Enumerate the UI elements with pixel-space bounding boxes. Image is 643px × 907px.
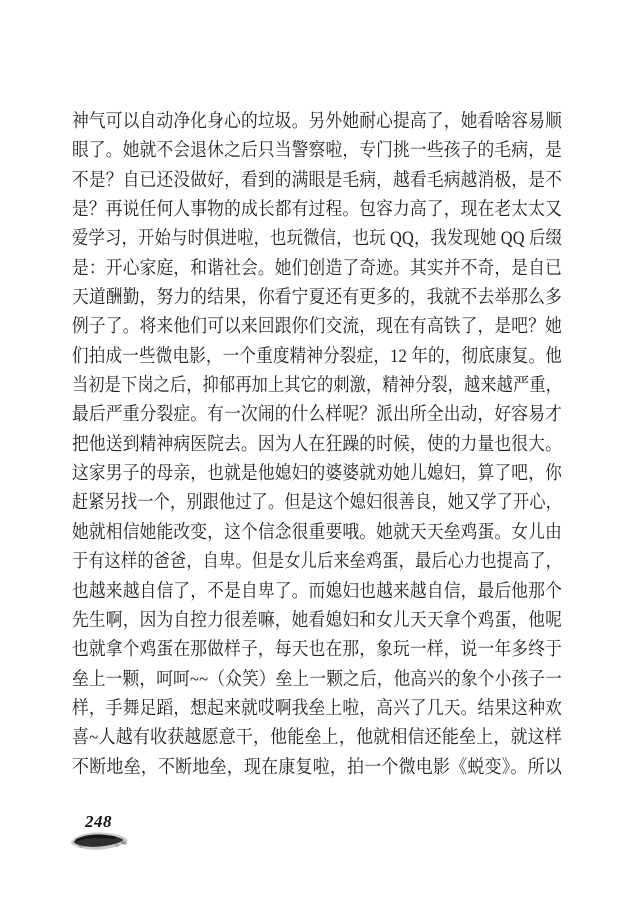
text-line-content: 当初是下岗之后，抑郁再加上其它的刺激，精神分裂，越来越严重，: [72, 371, 562, 400]
text-line: 天道酬勤，努力的结果，你看宁夏还有更多的，我就不去举那么多: [72, 283, 562, 312]
text-line-content: 爱学习，开始与时俱进啦，也玩微信，也玩 QQ，我发现她 QQ 后缀: [72, 224, 562, 253]
text-line-content: 不断地垒，不断地垒，现在康复啦，拍一个微电影《蜕变》。所以: [72, 753, 562, 782]
text-line: 神气可以自动净化身心的垃圾。另外她耐心提高了，她看啥容易顺: [72, 107, 562, 136]
text-line-content: 不是？自已还没做好，看到的满眼是毛病，越看毛病越消极，是不: [72, 166, 562, 195]
text-line-content: 喜~人越有收获越愿意干，他能垒上，他就相信还能垒上，就这样: [72, 723, 562, 752]
text-line: 垒上一颗，呵呵~~（众笑）垒上一颗之后，他高兴的象个小孩子一: [72, 665, 562, 694]
text-line-content: 垒上一颗，呵呵~~（众笑）垒上一颗之后，他高兴的象个小孩子一: [72, 665, 562, 694]
text-line: 是？再说任何人事物的成长都有过程。包容力高了，现在老太太又: [72, 195, 562, 224]
text-line-content: 她就相信她能改变，这个信念很重要哦。她就天天垒鸡蛋。女儿由: [72, 518, 562, 547]
text-line-content: 这家男子的母亲，也就是他媳妇的婆婆就劝她儿媳妇，算了吧，你: [72, 459, 562, 488]
text-line: 把他送到精神病医院去。因为人在狂躁的时候，使的力量也很大。: [72, 430, 562, 459]
text-line-content: 们拍成一些微电影，一个重度精神分裂症，12 年的，彻底康复。他: [72, 342, 562, 371]
text-line-content: 先生啊，因为自控力很差嘛，她看媳妇和女儿天天拿个鸡蛋，他呢: [72, 606, 562, 635]
text-line: 于有这样的爸爸，自卑。但是女儿后来垒鸡蛋，最后心力也提高了，: [72, 547, 562, 576]
text-line: 例子了。将来他们可以来回跟你们交流，现在有高铁了，是吧？她: [72, 312, 562, 341]
text-line: 当初是下岗之后，抑郁再加上其它的刺激，精神分裂，越来越严重，: [72, 371, 562, 400]
text-line-content: 也越来越自信了，不是自卑了。而媳妇也越来越自信，最后他那个: [72, 577, 562, 606]
text-line: 样，手舞足蹈，想起来就哎啊我垒上啦，高兴了几天。结果这种欢: [72, 694, 562, 723]
text-line: 也就拿个鸡蛋在那做样子，每天也在那，象玩一样，说一年多终于: [72, 635, 562, 664]
text-line-content: 是？再说任何人事物的成长都有过程。包容力高了，现在老太太又: [72, 195, 562, 224]
text-line-content: 神气可以自动净化身心的垃圾。另外她耐心提高了，她看啥容易顺: [72, 107, 562, 136]
text-line: 们拍成一些微电影，一个重度精神分裂症，12 年的，彻底康复。他: [72, 342, 562, 371]
ink-smudge-icon: [69, 830, 131, 851]
text-line: 爱学习，开始与时俱进啦，也玩微信，也玩 QQ，我发现她 QQ 后缀: [72, 224, 562, 253]
text-line: 眼了。她就不会退休之后只当警察啦，专门挑一些孩子的毛病，是: [72, 136, 562, 165]
text-line: 她就相信她能改变，这个信念很重要哦。她就天天垒鸡蛋。女儿由: [72, 518, 562, 547]
text-line: 赶紧另找一个，别跟他过了。但是这个媳妇很善良，她又学了开心，: [72, 488, 562, 517]
text-line: 先生啊，因为自控力很差嘛，她看媳妇和女儿天天拿个鸡蛋，他呢: [72, 606, 562, 635]
text-line-content: 是：开心家庭，和谐社会。她们创造了奇迹。其实并不奇，是自已: [72, 254, 562, 283]
text-line: 也越来越自信了，不是自卑了。而媳妇也越来越自信，最后他那个: [72, 577, 562, 606]
text-line: 是：开心家庭，和谐社会。她们创造了奇迹。其实并不奇，是自已: [72, 254, 562, 283]
text-line-content: 例子了。将来他们可以来回跟你们交流，现在有高铁了，是吧？她: [72, 312, 562, 341]
text-line: 不是？自已还没做好，看到的满眼是毛病，越看毛病越消极，是不: [72, 166, 562, 195]
book-page: 神气可以自动净化身心的垃圾。另外她耐心提高了，她看啥容易顺眼了。她就不会退休之后…: [0, 0, 643, 907]
text-line-content: 赶紧另找一个，别跟他过了。但是这个媳妇很善良，她又学了开心，: [72, 488, 562, 517]
text-line-content: 也就拿个鸡蛋在那做样子，每天也在那，象玩一样，说一年多终于: [72, 635, 562, 664]
page-number: 248: [85, 812, 112, 832]
text-line: 这家男子的母亲，也就是他媳妇的婆婆就劝她儿媳妇，算了吧，你: [72, 459, 562, 488]
text-line-content: 样，手舞足蹈，想起来就哎啊我垒上啦，高兴了几天。结果这种欢: [72, 694, 562, 723]
text-line: 最后严重分裂症。有一次闹的什么样呢？派出所全出动，好容易才: [72, 400, 562, 429]
text-line-content: 眼了。她就不会退休之后只当警察啦，专门挑一些孩子的毛病，是: [72, 136, 562, 165]
text-line-content: 天道酬勤，努力的结果，你看宁夏还有更多的，我就不去举那么多: [72, 283, 562, 312]
text-line: 不断地垒，不断地垒，现在康复啦，拍一个微电影《蜕变》。所以: [72, 753, 562, 782]
text-line-content: 把他送到精神病医院去。因为人在狂躁的时候，使的力量也很大。: [72, 430, 562, 459]
text-line-content: 最后严重分裂症。有一次闹的什么样呢？派出所全出动，好容易才: [72, 400, 562, 429]
body-text-block: 神气可以自动净化身心的垃圾。另外她耐心提高了，她看啥容易顺眼了。她就不会退休之后…: [72, 107, 562, 782]
text-line-content: 于有这样的爸爸，自卑。但是女儿后来垒鸡蛋，最后心力也提高了，: [72, 547, 562, 576]
text-line: 喜~人越有收获越愿意干，他能垒上，他就相信还能垒上，就这样: [72, 723, 562, 752]
